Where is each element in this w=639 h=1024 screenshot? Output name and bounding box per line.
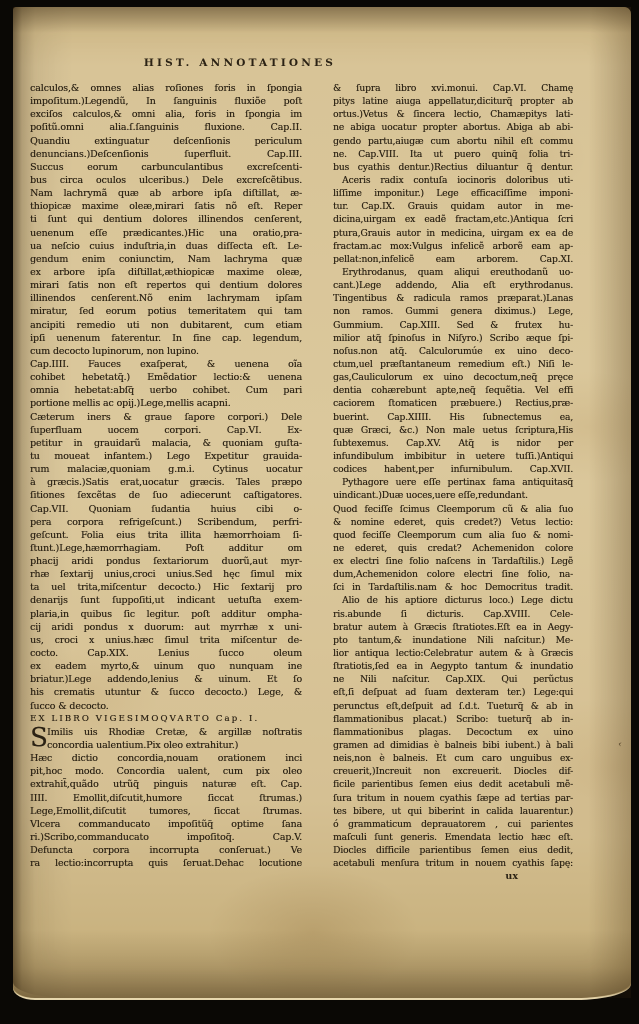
text-line: Quod feciſſe ſcimus Cleemporum cũ & alia… xyxy=(333,503,573,516)
text-line: lior antiqua lectio:Celebratur autem & à… xyxy=(333,647,573,660)
text-line: pit,hoc modo. Concordia ualent, cum pix … xyxy=(30,765,302,778)
running-header: HIST. ANNOTATIONES xyxy=(90,57,390,73)
text-line: Cap.IIII. Fauces exaſperat, & uenena oĩa xyxy=(30,358,302,371)
text-line: ſuperfluam uocem corpori. Cap.VI. Ex- xyxy=(30,424,302,437)
text-line: impoſitum.)Legendũ, In ſanguinis fluxiõe… xyxy=(30,95,302,108)
text-line: cant.)Lege addendo, Alia eſt erythrodanu… xyxy=(333,279,573,292)
signature-mark: ux xyxy=(333,871,573,882)
text-line: pitys latine aiuga appellatur,diciturq̃ … xyxy=(333,95,573,108)
text-line: Hæc dictio concordia,nouam orationem inc… xyxy=(30,752,302,765)
text-line: ne Nili naſcitur. Cap.XIX. Qui perũctus xyxy=(333,673,573,686)
text-line: bus cyathis dentur.)Rectius diluantur q̃… xyxy=(333,161,573,174)
text-line: Pythagore uere eſſe pertinax fama antiqu… xyxy=(333,476,573,489)
text-line: gendo partu,aiugæ cum abortu nihil eſt c… xyxy=(333,135,573,148)
text-line: Quandiu extinguatur deſcenſionis pericul… xyxy=(30,135,302,148)
text-line: Imilis uis Rhodiæ Cretæ, & argillæ noſtr… xyxy=(30,726,302,739)
text-line: non ramos. Gummi genera diximus.) Lege, xyxy=(333,305,573,318)
text-line: us, croci x unius.hæc ſimul trita miſcen… xyxy=(30,634,302,647)
text-line: dentia cohærebunt apte,neq̃ ſequẽtia. Ve… xyxy=(333,384,573,397)
text-line: uenenum eſſe prædicantes.)Hic una oratio… xyxy=(30,227,302,240)
text-line: ſucco & decocto. xyxy=(30,700,302,713)
text-line: neis,non è balneis. Et cum caro unguibus… xyxy=(333,752,573,765)
text-line: fractam.ac mox:Vulgus infelicẽ arborẽ ea… xyxy=(333,240,573,253)
text-line: ſitiones ſexcẽtas de ſuo adiecerunt caſt… xyxy=(30,489,302,502)
text-line: ua neſcio cuius induſtria,in duas diſſec… xyxy=(30,240,302,253)
text-line: Cap.VII. Quoniam ſudantia huius cibi o- xyxy=(30,503,302,516)
text-line: concordia ualentium.Pix oleo extrahitur.… xyxy=(30,739,302,752)
drop-cap-letter: S xyxy=(30,725,46,751)
text-line: omnia hebetat:abſq̃ uerbo cohibet. Cum p… xyxy=(30,384,302,397)
text-line: ſubtexemus. Cap.XV. Atq̃ is nidor per xyxy=(333,437,573,450)
text-line: denarijs ſunt ſuppoſiti,ut indicant uetu… xyxy=(30,594,302,607)
text-line: pera corpora refrigeſcunt.) Scribendum, … xyxy=(30,516,302,529)
text-line: quod feciſſe Cleemporum cum alia ſuo & n… xyxy=(333,529,573,542)
text-line: noſus.non atq̃. Calculorumúe ex uino dec… xyxy=(333,345,573,358)
text-line: briatur.)Lege addendo,lenius & uinum. Et… xyxy=(30,673,302,686)
text-line: flammationibus plagas. Decoctum ex uino xyxy=(333,726,573,739)
text-line: gramen ad dimidias è balneis bibi iubent… xyxy=(333,739,573,752)
text-line: Diocles difficile parientibus ſemen eius… xyxy=(333,844,573,857)
text-line: ex electri ſine folio naſcens in Tardaſt… xyxy=(333,555,573,568)
text-line: Nam lachrymã quæ ab arbore ipſa diſtilla… xyxy=(30,187,302,200)
text-line: & ſupra libro xvi.monui. Cap.VI. Chamę xyxy=(333,82,573,95)
text-line: geſcunt. Folia eius trita illita hæmorrh… xyxy=(30,529,302,542)
text-line: Succus eorum carbunculantibus excreſcent… xyxy=(30,161,302,174)
text-line: Defuncta corpora incorrupta conſeruat.) … xyxy=(30,844,302,857)
text-line: ne abiga uocatur propter abortus. Abiga … xyxy=(333,121,573,134)
text-line: gas,Cauliculorum ex uino decoctum,neq̃ p… xyxy=(333,371,573,384)
left-text-column: calculos,& omnes alias roſiones foris in… xyxy=(30,82,302,870)
text-line: rum malaciæ,quoniam g.m.i. Cytinus uocat… xyxy=(30,463,302,476)
text-line: ſtunt.)Lege,hæmorrhagiam. Poſt additur o… xyxy=(30,542,302,555)
right-text-column: & ſupra libro xvi.monui. Cap.VI. Chamępi… xyxy=(333,82,573,870)
text-line: ri.)Scribo,commanducato impoſitoq̃. Cap.… xyxy=(30,831,302,844)
text-line: ficile parientibus ſemen eius dedit acet… xyxy=(333,778,573,791)
text-line: buerint. Cap.XIIII. His ſubnectemus ea, xyxy=(333,411,573,424)
text-line: Aceris radix contuſa iocinoris doloribus… xyxy=(333,174,573,187)
text-line: quæ Græci, &c.) Non male uetus ſcriptura… xyxy=(333,424,573,437)
text-line: codices habent,per infurnibulum. Cap.XVI… xyxy=(333,463,573,476)
text-line: caciorem ſtomaticen præbuere.) Rectius,p… xyxy=(333,397,573,410)
text-line: tu moueat infantem.) Lego Expetitur grau… xyxy=(30,450,302,463)
text-line: illinendos cenſerent.Nõ enim lachrymam i… xyxy=(30,292,302,305)
text-line: extrahit̃,quãdo utrũq̃ pinguis naturæ eſ… xyxy=(30,778,302,791)
text-line: acetabuli menſura tritum in nouem cyathi… xyxy=(333,857,573,870)
text-line: & nomine ederet, quis credet?) Vetus lec… xyxy=(333,516,573,529)
text-line: Lege,Emollit,diſcutit tumores, ſiccat ſt… xyxy=(30,805,302,818)
text-line: ex eadem myrto,& uinum quo nunquam ine xyxy=(30,660,302,673)
text-line: Gummium. Cap.XIII. Sed & frutex hu- xyxy=(333,319,573,332)
text-line: ptura,Grauis autor in medicina, uirgam e… xyxy=(333,227,573,240)
text-line: uindicant.)Duæ uoces,uere eſſe,redundant… xyxy=(333,489,573,502)
text-line: denuncians.)Deſcenſionis ſuperfluit. Cap… xyxy=(30,148,302,161)
text-line: ne. Cap.VIII. Ita ut puero quinq̃ folia … xyxy=(333,148,573,161)
text-line: ancipiti remedio uti non dubitarent, cum… xyxy=(30,319,302,332)
text-line: dum,Achemenidon colore electri ſine foli… xyxy=(333,568,573,581)
text-line: ipſi uenenum faterentur. In fine cap. le… xyxy=(30,332,302,345)
text-line: thiopicæ maxime oleæ,mirari ſatis nõ eſt… xyxy=(30,200,302,213)
text-line: exciſos calculos,& omni alia, foris in ſ… xyxy=(30,108,302,121)
text-line: ſtratiotis,ſed ea in Aegypto tantum & in… xyxy=(333,660,573,673)
text-line: à græcis.)Satis erat,uocatur græcis. Tal… xyxy=(30,476,302,489)
text-line: his crematis utuntur & ſucco decocto.) L… xyxy=(30,686,302,699)
text-line: ſci in Tardaſtilis.nam & hoc Democritus … xyxy=(333,581,573,594)
text-line: dicina,uirgam ex eadẽ fractam,etc.)Antiq… xyxy=(333,213,573,226)
text-line: plaria,in quibus ſic legitur. poſt addit… xyxy=(30,608,302,621)
text-line: poſitũ.omni alia.ſ.ſanguinis fluxione. C… xyxy=(30,121,302,134)
text-line: rhæ ſextarij unius,croci unius.Sed hęc ſ… xyxy=(30,568,302,581)
text-line: petitur in grauidarũ malacia, & quoniam … xyxy=(30,437,302,450)
text-line: ó grammaticum deprauatorem , cui parient… xyxy=(333,818,573,831)
text-line: ctum,uel præſtantaneum remedium eſt.) Ni… xyxy=(333,358,573,371)
text-line: cum decocto lupinorum, non lupino. xyxy=(30,345,302,358)
text-line: ti ſunt qui dentium dolores illinendos c… xyxy=(30,213,302,226)
text-line: Cæterum iners & graue ſapore corpori.) D… xyxy=(30,411,302,424)
text-line: cocto. Cap.XIX. Lenius ſucco oleum xyxy=(30,647,302,660)
text-line: ex arbore ipſa diſtillat,æthiopicæ maxim… xyxy=(30,266,302,279)
text-line: creuerit,)Increuit non excreuerit. Diocl… xyxy=(333,765,573,778)
text-line: pellat:non,infelicẽ eam arborem. Cap.XI. xyxy=(333,253,573,266)
text-line: ne ederet, quis credat? Achemenidon colo… xyxy=(333,542,573,555)
text-line: bus circa oculos ulceribus.) Dele excreſ… xyxy=(30,174,302,187)
text-line: ortus.)Vetus & ſincera lectio, Chamæpity… xyxy=(333,108,573,121)
text-line: calculos,& omnes alias roſiones foris in… xyxy=(30,82,302,95)
text-line: mirari ſatis non eſt repertos qui dentiu… xyxy=(30,279,302,292)
text-line: IIII. Emollit,diſcutit,humore ſiccat ſtr… xyxy=(30,792,302,805)
text-line: bratur autem à Græcis ſtratiotes.Eſt ea … xyxy=(333,621,573,634)
text-line: cohibet hebetatq̃.) Emẽdatior lectio:& u… xyxy=(30,371,302,384)
text-line: Erythrodanus, quam aliqui ereuthodanũ uo… xyxy=(333,266,573,279)
text-line: tes bibere, ut qui biberint in calida la… xyxy=(333,805,573,818)
text-line: Tingentibus & radicula ramos præparat.)L… xyxy=(333,292,573,305)
text-line: ra lectio:incorrupta quis ſeruat.Dehac l… xyxy=(30,857,302,870)
text-line: liſſime imponitur.) Lege efficaciſſime i… xyxy=(333,187,573,200)
text-line: cij aridi pondus x duorum: aut myrrhæ x … xyxy=(30,621,302,634)
text-line: ris.abunde ſi dicturis. Cap.XVIII. Cele- xyxy=(333,608,573,621)
text-line: portione mellis ac opij.)Lege,mellis aca… xyxy=(30,397,302,410)
text-line: EX LIBRO VIGESIMOQVARTO Cap. I. xyxy=(30,713,302,726)
text-line: ta uel trita,miſcentur decocto.) Hic ſex… xyxy=(30,581,302,594)
text-line: gendum enim coniunctim, Nam lachryma quæ xyxy=(30,253,302,266)
text-line: maſculi ſunt generis. Emendata lectio hæ… xyxy=(333,831,573,844)
text-line: eſt,ſi deſpuat ad ſuam dexteram ter.) Le… xyxy=(333,686,573,699)
text-line: phacij aridi pondus ſextariorum duorũ,au… xyxy=(30,555,302,568)
text-line: Alio de his aptiore dicturus loco.) Lege… xyxy=(333,594,573,607)
text-line: Vlcera commanducato impoſitũq̃ optime ſa… xyxy=(30,818,302,831)
text-line: flammationibus placat.) Scribo: tueturq̃… xyxy=(333,713,573,726)
text-line: infundibulum imbibitur in uetere tuſſi.)… xyxy=(333,450,573,463)
text-line: pto tantum,& inundatione Nili naſcitur.)… xyxy=(333,634,573,647)
text-line: perunctus eſt,deſpuit ad ſ.d.t. Tueturq̃… xyxy=(333,700,573,713)
text-line: milior atq̃ ſpinoſus in Niſyro.) Scribo … xyxy=(333,332,573,345)
text-line: ſura tritum in nouem cyathis ſæpe ad ter… xyxy=(333,792,573,805)
text-line: tur. Cap.IX. Grauis quidam autor in me- xyxy=(333,200,573,213)
text-line: miratur, ſed eorum potius temeritatem qu… xyxy=(30,305,302,318)
scanned-book-page: HIST. ANNOTATIONES calculos,& omnes alia… xyxy=(0,0,639,1024)
